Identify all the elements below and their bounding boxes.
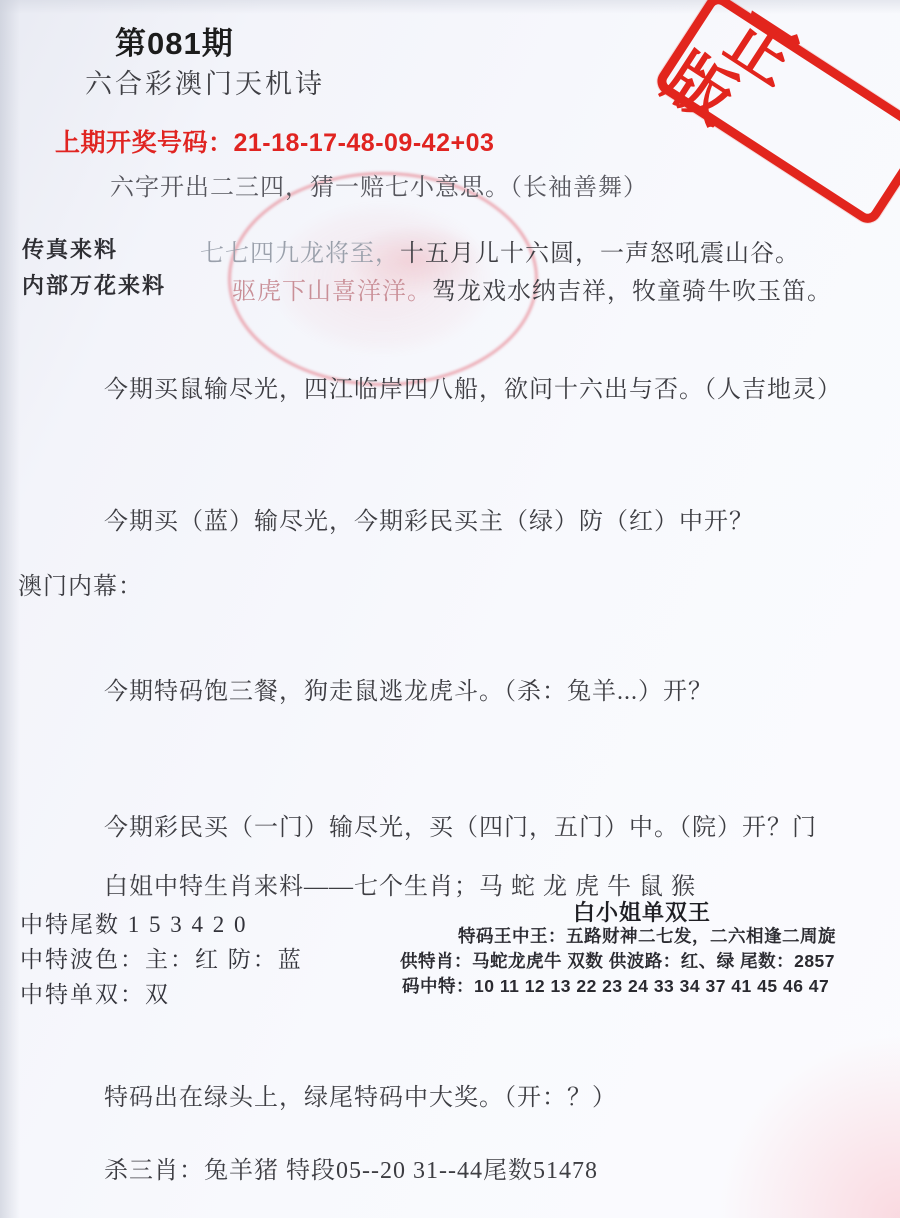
internal-source-label: 内部万花来料 [22,269,166,300]
sheet-subtitle: 六合彩澳门天机诗 [85,62,325,101]
kill-three-zodiac-line: 杀三肖：兔羊猪 特段05--20 31--44尾数51478 [104,1150,598,1185]
internal-source-text: 驱虎下山喜洋洋。驾龙戏水纳吉祥，牧童骑牛吹玉笛。 [232,271,832,306]
winning-wave-color: 中特波色：主：红 防：蓝 [20,941,303,974]
tip-line-1: 今期买鼠输尽光，四江临岸四八船，欲问十六出与否。（人吉地灵） [104,369,842,404]
macau-insider-label: 澳门内幕： [18,566,143,601]
authentic-edition-stamp: 正版 [652,0,900,228]
internal-text-faded-part: 驱虎下山喜洋洋。 [232,279,432,305]
tip-line-3: 今期特码饱三餐，狗走鼠逃龙虎斗。（杀：兔羊...）开？ [104,671,713,706]
baixiaojie-numbers-line: 码中特：10 11 12 13 22 23 24 33 34 37 41 45 … [402,973,829,998]
fax-text-faded-part: 七七四九龙将至， [200,241,400,267]
winning-odd-even: 中特单双：双 [20,976,170,1009]
tip-line-5: 特码出在绿头上，绿尾特码中大奖。（开：？） [104,1077,617,1112]
fax-source-label: 传真来料 [22,233,118,264]
tip-line-4: 今期彩民买（一门）输尽光，买（四门，五门）中。（院）开？门 [104,807,817,842]
baixiaojie-king-line: 特码王中王：五路财神二七发，二六相逢二周旋 [458,923,836,948]
fax-text-main-part: 十五月儿十六圆，一声怒吼震山谷。 [400,241,800,267]
winning-tail-numbers: 中特尾数 1 5 3 4 2 0 [20,906,248,939]
tip-line-2: 今期买（蓝）输尽光，今期彩民买主（绿）防（红）中开？ [104,501,754,536]
lottery-tip-sheet: { "page": { "issue": "第081期", "subtitle"… [0,0,900,1218]
last-draw-numbers: 上期开奖号码：21-18-17-48-09-42+03 [55,123,494,159]
fax-source-text: 七七四九龙将至，十五月儿十六圆，一声怒吼震山谷。 [200,233,800,268]
baixiaojie-zodiac-wave-line: 供特肖：马蛇龙虎牛 双数 供波路：红、绿 尾数：2857 [400,948,835,973]
opening-poem-line: 六字开出二三四，猜一赔七小意思。（长袖善舞） [110,167,648,202]
issue-number-title: 第081期 [115,18,234,63]
internal-text-main-part: 驾龙戏水纳吉祥，牧童骑牛吹玉笛。 [432,279,832,305]
page-edge-shading-left [0,0,20,1218]
